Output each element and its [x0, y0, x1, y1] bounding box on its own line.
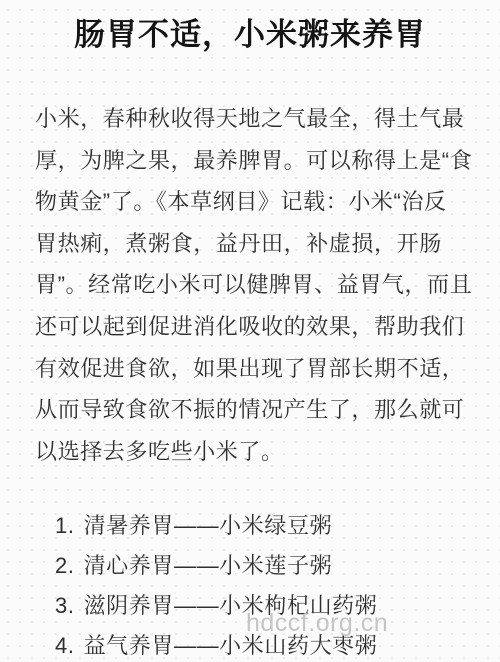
remedy-list: 1.清暑养胃——小米绿豆粥 2.清心养胃——小米莲子粥 3.滋阴养胃——小米枸杞…: [55, 506, 472, 662]
paragraph-line: 胃热痢，煮粥食，益丹田，补虚损，开肠: [35, 223, 472, 265]
list-item: 3.滋阴养胃——小米枸杞山药粥: [55, 586, 472, 626]
list-item-number: 4.: [55, 626, 75, 662]
list-item-text: 滋阴养胃——小米枸杞山药粥: [84, 593, 378, 618]
list-item: 2.清心养胃——小米莲子粥: [55, 546, 472, 586]
paragraph-line: 还可以起到促进消化吸收的效果，帮助我们: [35, 306, 472, 348]
paragraph-line: 以选择去多吃些小米了。: [35, 431, 472, 473]
paragraph-line: 从而导致食欲不振的情况产生了，那么就可: [35, 389, 472, 431]
list-item-number: 1.: [55, 506, 75, 546]
document-page: 肠胃不适，小米粥来养胃 小米，春种秋收得天地之气最全，得土气最 厚，为脾之果，最…: [0, 0, 500, 662]
list-item: 4.益气养胃——小米山药大枣粥: [55, 626, 472, 662]
article-body: 小米，春种秋收得天地之气最全，得土气最 厚，为脾之果，最养脾胃。可以称得上是“食…: [35, 98, 472, 472]
paragraph-line: 有效促进食欲，如果出现了胃部长期不适，: [35, 348, 472, 390]
paragraph-line: 物黄金”了。《本草纲目》记载：小米“治反: [35, 181, 472, 223]
paragraph-line: 厚，为脾之果，最养脾胃。可以称得上是“食: [35, 140, 472, 182]
paragraph-line: 胃”。经常吃小米可以健脾胃、益胃气，而且: [35, 264, 472, 306]
list-item-text: 清心养胃——小米莲子粥: [84, 553, 333, 578]
paragraph-line: 小米，春种秋收得天地之气最全，得土气最: [35, 98, 472, 140]
list-item-number: 2.: [55, 546, 75, 586]
list-item-text: 清暑养胃——小米绿豆粥: [84, 513, 333, 538]
list-item-text: 益气养胃——小米山药大枣粥: [84, 633, 378, 658]
page-title: 肠胃不适，小米粥来养胃: [0, 0, 500, 56]
list-item: 1.清暑养胃——小米绿豆粥: [55, 506, 472, 546]
list-item-number: 3.: [55, 586, 75, 626]
